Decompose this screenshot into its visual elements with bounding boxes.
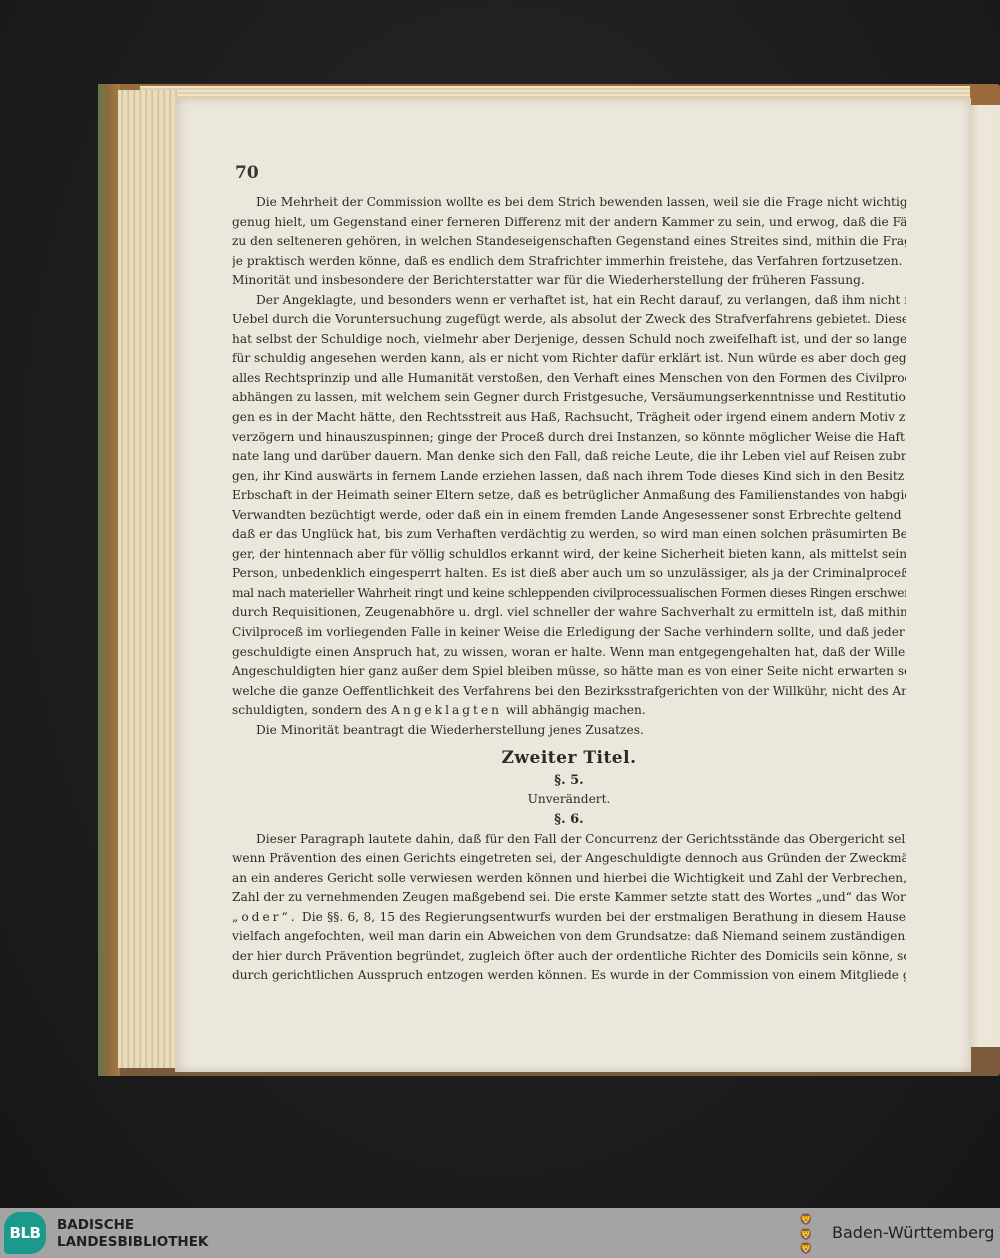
paragraph-commission-majority: Die Mehrheit der Commission wollte es be…: [232, 193, 906, 291]
text-line: Person, unbedenklich eingesperrt halten.…: [232, 564, 906, 584]
text-line: Minorität und insbesondere der Berichter…: [232, 271, 906, 291]
library-name[interactable]: BADISCHE LANDESBIBLIOTHEK: [57, 1217, 208, 1251]
emphasized-word: Angeklagten: [391, 703, 502, 717]
text-line: durch Requisitionen, Zeugenabhöre u. drg…: [232, 603, 906, 623]
section-5-note: Unverändert.: [232, 790, 906, 810]
text-line: welche die ganze Oeffentlichkeit des Ver…: [232, 682, 906, 702]
text-line: Dieser Paragraph lautete dahin, daß für …: [232, 830, 906, 850]
text-line: gen es in der Macht hätte, den Rechtsstr…: [232, 408, 906, 428]
section-5-label: §. 5.: [232, 771, 906, 791]
text-line: Verwandten bezüchtigt werde, oder daß ei…: [232, 506, 906, 526]
next-page-edge: [968, 105, 1000, 1047]
paragraph-minority-motion: Die Minorität beantragt die Wiederherste…: [232, 721, 906, 741]
text-fragment: schuldigten, sondern des: [232, 703, 391, 717]
page-stack-left-edge: [118, 90, 178, 1068]
text-line: schuldigten, sondern des Angeklagten wil…: [232, 701, 906, 721]
text-fragment: Die §§. 6, 8, 15 des Regierungsentwurfs …: [298, 910, 906, 924]
section-title-heading: Zweiter Titel.: [232, 749, 906, 769]
text-line: Die Mehrheit der Commission wollte es be…: [232, 193, 906, 213]
blb-logo-text: BLB: [10, 1224, 41, 1242]
section-6-label: §. 6.: [232, 810, 906, 830]
page-body-text: Die Mehrheit der Commission wollte es be…: [232, 193, 906, 986]
text-line: an ein anderes Gericht solle verwiesen w…: [232, 869, 906, 889]
three-lions-crest-icon: 🦁 🦁 🦁: [791, 1213, 821, 1255]
text-line: nate lang und darüber dauern. Man denke …: [232, 447, 906, 467]
text-line: zu den selteneren gehören, in welchen St…: [232, 232, 906, 252]
state-name-link[interactable]: Baden-Württemberg: [832, 1223, 994, 1242]
blb-logo-icon[interactable]: BLB: [4, 1212, 46, 1254]
text-line: Angeschuldigten hier ganz außer dem Spie…: [232, 662, 906, 682]
text-line: geschuldigte einen Anspruch hat, zu wiss…: [232, 643, 906, 663]
text-line: verzögern und hinauszuspinnen; ginge der…: [232, 428, 906, 448]
lion-icon: 🦁: [791, 1242, 821, 1255]
lion-icon: 🦁: [791, 1213, 821, 1226]
library-name-line-2: LANDESBIBLIOTHEK: [57, 1234, 208, 1251]
paragraph-accused-rights: Der Angeklagte, und besonders wenn er ve…: [232, 291, 906, 721]
text-line: Der Angeklagte, und besonders wenn er ve…: [232, 291, 906, 311]
book-cover-edge: [98, 84, 120, 1076]
text-line: für schuldig angesehen werden kann, als …: [232, 349, 906, 369]
text-line: abhängen zu lassen, mit welchem sein Geg…: [232, 388, 906, 408]
text-line: je praktisch werden könne, daß es endlic…: [232, 252, 906, 272]
text-line: durch gerichtlichen Ausspruch entzogen w…: [232, 966, 906, 986]
text-line: Civilproceß im vorliegenden Falle in kei…: [232, 623, 906, 643]
text-line: ger, der hintennach aber für völlig schu…: [232, 545, 906, 565]
paragraph-section-6: Dieser Paragraph lautete dahin, daß für …: [232, 830, 906, 986]
text-line: genug hielt, um Gegenstand einer fernere…: [232, 213, 906, 233]
text-line: Erbschaft in der Heimath seiner Eltern s…: [232, 486, 906, 506]
footer-bar: BLB BADISCHE LANDESBIBLIOTHEK 🦁 🦁 🦁 Bade…: [0, 1208, 1000, 1258]
text-line: alles Rechtsprinzip und alle Humanität v…: [232, 369, 906, 389]
text-line: „oder“. Die §§. 6, 8, 15 des Regierungse…: [232, 908, 906, 928]
text-line: wenn Prävention des einen Gerichts einge…: [232, 849, 906, 869]
text-line: daß er das Unglück hat, bis zum Verhafte…: [232, 525, 906, 545]
text-line: hat selbst der Schuldige noch, vielmehr …: [232, 330, 906, 350]
text-line: Uebel durch die Voruntersuchung zugefügt…: [232, 310, 906, 330]
page-number: 70: [235, 163, 259, 183]
text-line: Zahl der zu vernehmenden Zeugen maßgeben…: [232, 888, 906, 908]
emphasized-word: „oder“.: [232, 910, 298, 924]
text-line: vielfach angefochten, weil man darin ein…: [232, 927, 906, 947]
text-line: der hier durch Prävention begründet, zug…: [232, 947, 906, 967]
lion-icon: 🦁: [791, 1228, 821, 1241]
text-line: Die Minorität beantragt die Wiederherste…: [232, 721, 906, 741]
text-fragment: will abhängig machen.: [502, 703, 646, 717]
text-line: mal nach materieller Wahrheit ringt und …: [232, 584, 906, 604]
library-name-line-1: BADISCHE: [57, 1217, 208, 1234]
text-line: gen, ihr Kind auswärts in fernem Lande e…: [232, 467, 906, 487]
